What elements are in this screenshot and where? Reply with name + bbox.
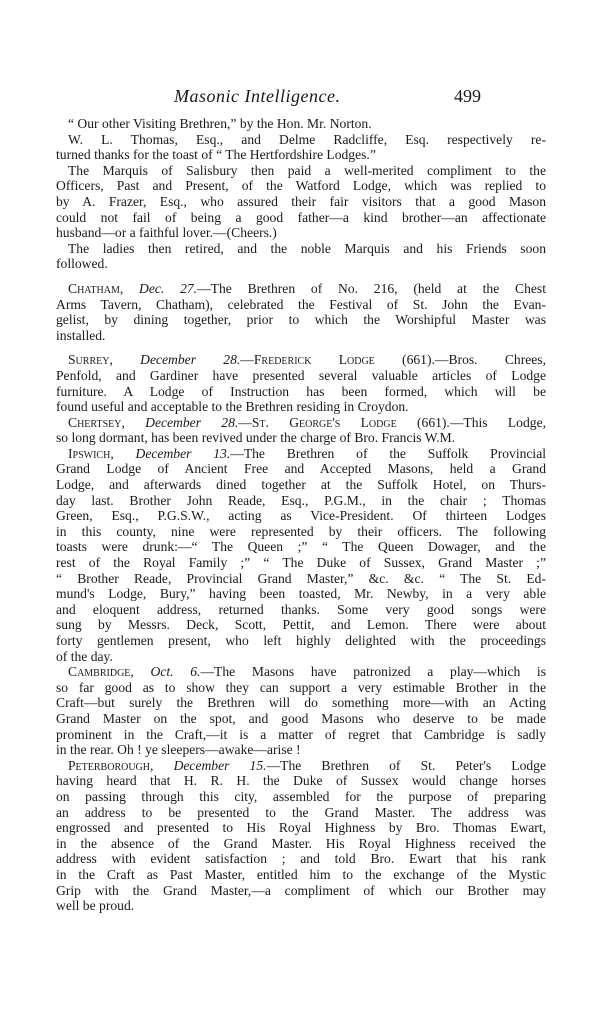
text-line: husband—or a faithful lover.—(Cheers.) bbox=[56, 225, 546, 241]
text-line: an address to be presented to the Grand … bbox=[56, 805, 546, 821]
text-line: forty gentlemen present, who left highly… bbox=[56, 633, 546, 649]
date: Dec. 27. bbox=[139, 281, 197, 296]
text-line: in the rear. Oh ! ye sleepers—awake—aris… bbox=[56, 742, 546, 758]
text-line: gelist, by dining together, prior to whi… bbox=[56, 312, 546, 328]
text-line: installed. bbox=[56, 328, 546, 344]
date: December 28. bbox=[140, 352, 240, 367]
text-line: Chatham, Dec. 27.—The Brethren of No. 21… bbox=[56, 281, 546, 297]
text-line: Grip with the Grand Master,—a compliment… bbox=[56, 883, 546, 899]
text-line: well be proud. bbox=[56, 898, 546, 914]
text-line: Arms Tavern, Chatham), celebrated the Fe… bbox=[56, 297, 546, 313]
text-line: address with evident satisfaction ; and … bbox=[56, 851, 546, 867]
paragraph-peterborough: Peterborough, December 15.—The Brethren … bbox=[56, 758, 546, 914]
place-name: Ipswich bbox=[68, 446, 110, 461]
text-line: mund's Lodge, Bury,” having been toasted… bbox=[56, 586, 546, 602]
text-line: Surrey, December 28.—Frederick Lodge (66… bbox=[56, 352, 546, 368]
text-line: Craft—but surely the Brethren will do so… bbox=[56, 695, 546, 711]
text-line: having heard that H. R. H. the Duke of S… bbox=[56, 773, 546, 789]
text-line: in this county, nine were represented by… bbox=[56, 524, 546, 540]
paragraph-marquis-salisbury: The Marquis of Salisbury then paid a wel… bbox=[56, 163, 546, 241]
date: December 28. bbox=[145, 415, 238, 430]
text-line: day last. Brother John Reade, Esq., P.G.… bbox=[56, 493, 546, 509]
text-line: by A. Frazer, Esq., who assured their fa… bbox=[56, 194, 546, 210]
text-line: so long dormant, has been revived under … bbox=[56, 430, 546, 446]
place-name: Surrey bbox=[68, 352, 109, 367]
place-name: Peterborough bbox=[68, 758, 150, 773]
place-name: Chatham bbox=[68, 281, 120, 296]
text-line: rest of the Royal Family ;” “ The Duke o… bbox=[56, 555, 546, 571]
text-line: “ Brother Reade, Provincial Grand Master… bbox=[56, 571, 546, 587]
place-name: Cambridge bbox=[68, 664, 130, 679]
paragraph-thomas-radcliffe: W. L. Thomas, Esq., and Delme Radcliffe,… bbox=[56, 132, 546, 163]
running-head: Masonic Intelligence. 499 bbox=[56, 86, 546, 112]
text-line: in the absence of the Grand Master. His … bbox=[56, 836, 546, 852]
text-line: sung by Messrs. Deck, Scott, Pettit, and… bbox=[56, 617, 546, 633]
text-line: could not fail of being a good father—a … bbox=[56, 210, 546, 226]
book-page: Masonic Intelligence. 499 “ Our other Vi… bbox=[56, 86, 546, 914]
paragraph-ladies-retired: The ladies then retired, and the noble M… bbox=[56, 241, 546, 272]
text-line: Grand Master on the spot, and good Mason… bbox=[56, 711, 546, 727]
paragraph-cambridge: Cambridge, Oct. 6.—The Masons have patro… bbox=[56, 664, 546, 758]
text-line: “ Our other Visiting Brethren,” by the H… bbox=[56, 116, 546, 132]
paragraph-visiting-brethren: “ Our other Visiting Brethren,” by the H… bbox=[56, 116, 546, 132]
text-line: followed. bbox=[56, 256, 546, 272]
paragraph-ipswich: Ipswich, December 13.—The Brethren of th… bbox=[56, 446, 546, 664]
paragraph-surrey: Surrey, December 28.—Frederick Lodge (66… bbox=[56, 352, 546, 414]
place-name: Chertsey bbox=[68, 415, 121, 430]
lodge-name: St. George's Lodge bbox=[252, 415, 397, 430]
paragraph-chatham: Chatham, Dec. 27.—The Brethren of No. 21… bbox=[56, 281, 546, 343]
date: December 15. bbox=[174, 758, 267, 773]
text-line: Penfold, and Gardiner have presented sev… bbox=[56, 368, 546, 384]
text-line: turned thanks for the toast of “ The Her… bbox=[56, 147, 546, 163]
text-line: The ladies then retired, and the noble M… bbox=[56, 241, 546, 257]
page-number: 499 bbox=[454, 86, 481, 107]
text-line: The Marquis of Salisbury then paid a wel… bbox=[56, 163, 546, 179]
text-line: Grand Lodge of Ancient Free and Accepted… bbox=[56, 461, 546, 477]
text-line: toasts were drunk:—“ The Queen ;” “ The … bbox=[56, 539, 546, 555]
paragraph-chertsey: Chertsey, December 28.—St. George's Lodg… bbox=[56, 415, 546, 446]
date: Oct. 6. bbox=[151, 664, 201, 679]
text-line: Officers, Past and Present, of the Watfo… bbox=[56, 178, 546, 194]
text-line: Ipswich, December 13.—The Brethren of th… bbox=[56, 446, 546, 462]
text-line: on passing through this city, assembled … bbox=[56, 789, 546, 805]
text-line: W. L. Thomas, Esq., and Delme Radcliffe,… bbox=[56, 132, 546, 148]
text-line: Green, Esq., P.G.S.W., acting as Vice-Pr… bbox=[56, 508, 546, 524]
text-line: found useful and acceptable to the Breth… bbox=[56, 399, 546, 415]
text-line: Lodge, and afterwards dined together at … bbox=[56, 477, 546, 493]
date: December 13. bbox=[136, 446, 231, 461]
running-title: Masonic Intelligence. bbox=[174, 86, 340, 107]
text-line: prominent in the Craft,—it is a matter o… bbox=[56, 727, 546, 743]
text-line: so far good as to show they can support … bbox=[56, 680, 546, 696]
text-line: Cambridge, Oct. 6.—The Masons have patro… bbox=[56, 664, 546, 680]
text-line: and eloquent address, returned thanks. S… bbox=[56, 602, 546, 618]
text-line: Peterborough, December 15.—The Brethren … bbox=[56, 758, 546, 774]
text-line: Chertsey, December 28.—St. George's Lodg… bbox=[56, 415, 546, 431]
text-line: engrossed and presented to His Royal Hig… bbox=[56, 820, 546, 836]
text-line: furniture. A Lodge of Instruction has be… bbox=[56, 384, 546, 400]
text-line: of the day. bbox=[56, 649, 546, 665]
lodge-name: Frederick Lodge bbox=[254, 352, 375, 367]
text-line: in the Craft as Past Master, entitled hi… bbox=[56, 867, 546, 883]
